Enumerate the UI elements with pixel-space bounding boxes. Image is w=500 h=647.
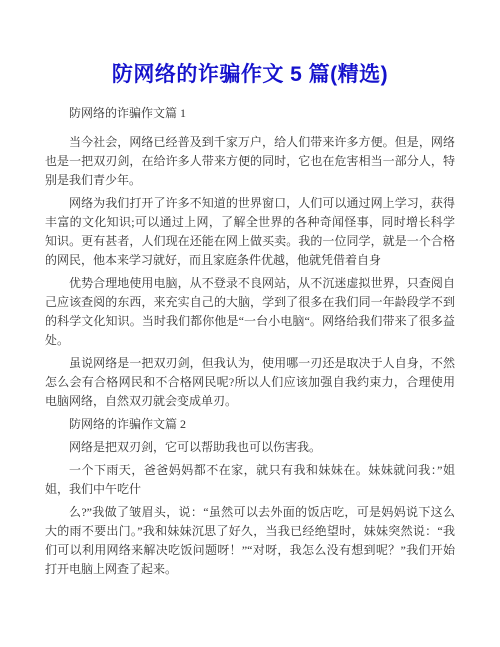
section-2-heading: 防网络的诈骗作文篇 2 <box>45 415 455 434</box>
paragraph: 网络是把双刃剑，它可以帮助我也可以伤害我。 <box>45 438 455 457</box>
document-title: 防网络的诈骗作文 5 篇(精选) <box>45 60 455 90</box>
section-1-heading: 防网络的诈骗作文篇 1 <box>45 104 455 123</box>
paragraph: 虽说网络是一把双刃剑，但我认为，使用哪一刃还是取决于人自身，不然怎么会有合格网民… <box>45 354 455 411</box>
document-page: 防网络的诈骗作文 5 篇(精选) 防网络的诈骗作文篇 1 当今社会，网络已经普及… <box>0 0 500 647</box>
paragraph: 优势合理地使用电脑，从不登录不良网站，从不沉迷虚拟世界，只查阅自己应该查阅的东西… <box>45 274 455 350</box>
paragraph: 么?”我做了皱眉头，说：“虽然可以去外面的饭店吃，可是妈妈说下这么大的雨不要出门… <box>45 503 455 579</box>
paragraph: 网络为我们打开了许多不知道的世界窗口，人们可以通过网上学习，获得丰富的文化知识;… <box>45 194 455 270</box>
essay-section-2: 防网络的诈骗作文篇 2 网络是把双刃剑，它可以帮助我也可以伤害我。 一个下雨天，… <box>45 415 455 579</box>
essay-section-1: 防网络的诈骗作文篇 1 当今社会，网络已经普及到千家万户，给人们带来许多方便。但… <box>45 104 455 411</box>
paragraph: 当今社会，网络已经普及到千家万户，给人们带来许多方便。但是，网络也是一把双刃剑，… <box>45 133 455 190</box>
paragraph: 一个下雨天，爸爸妈妈都不在家，就只有我和妹妹在。妹妹就问我：”姐姐，我们中午吃什 <box>45 461 455 499</box>
